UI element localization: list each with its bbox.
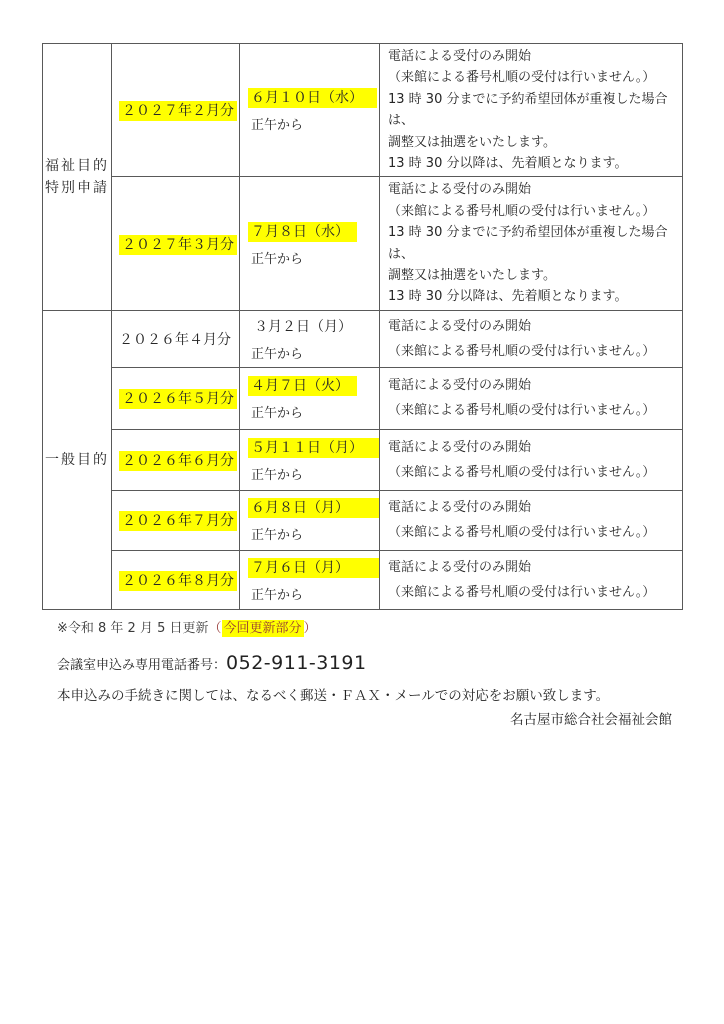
description-line: 13 時 30 分までに予約希望団体が重複した場合は、 [388, 89, 678, 132]
description-line: 調整又は抽選をいたします。 [388, 265, 678, 286]
description-cell: 電話による受付のみ開始 （来館による番号札順の受付は行いません。） [380, 429, 683, 490]
month-cell: ２０２６年６月分 [112, 429, 240, 490]
month-label: ２０２６年６月分 [119, 451, 237, 471]
table-row: ２０２６年６月分 ５月１１日（月） 正午から 電話による受付のみ開始 （来館によ… [43, 429, 683, 490]
month-label: ２０２７年３月分 [119, 235, 237, 255]
month-cell: ２０２７年２月分 [112, 44, 240, 177]
month-label: ２０２６年４月分 [119, 332, 231, 348]
date-cell: ６月８日（月） 正午から [240, 490, 380, 550]
time-label: 正午から [251, 464, 379, 483]
date-cell: ７月８日（水） 正午から [240, 177, 380, 310]
description-line: 13 時 30 分までに予約希望団体が重複した場合は、 [388, 222, 678, 265]
description-line: （来館による番号札順の受付は行いません。） [388, 460, 678, 485]
time-label: 正午から [251, 114, 379, 133]
description-line: 電話による受付のみ開始 [388, 46, 678, 67]
description-line: （来館による番号札順の受付は行いません。） [388, 520, 678, 545]
date-cell: ４月７日（火） 正午から [240, 367, 380, 429]
description-line: 電話による受付のみ開始 [388, 435, 678, 460]
description-cell: 電話による受付のみ開始 （来館による番号札順の受付は行いません。） [380, 367, 683, 429]
table-row: 一般目的 ２０２６年４月分 ３月２日（月） 正午から 電話による受付のみ開始 （… [43, 310, 683, 367]
reception-schedule-table: 福祉目的 特別申請 ２０２７年２月分 ６月１０日（水） 正午から 電話による受付… [42, 43, 683, 610]
table-row: ２０２６年８月分 ７月６日（月） 正午から 電話による受付のみ開始 （来館による… [43, 550, 683, 609]
month-cell: ２０２６年４月分 [112, 310, 240, 367]
update-paren-open: （ [209, 621, 222, 636]
description-cell: 電話による受付のみ開始 （来館による番号札順の受付は行いません。） [380, 550, 683, 609]
description-cell: 電話による受付のみ開始 （来館による番号札順の受付は行いません。） [380, 310, 683, 367]
time-label: 正午から [251, 524, 379, 543]
update-note-text: ※令和 8 年 2 月 5 日更新 [57, 621, 209, 636]
description-line: 電話による受付のみ開始 [388, 373, 678, 398]
description-line: （来館による番号札順の受付は行いません。） [388, 339, 678, 364]
month-label: ２０２６年５月分 [119, 389, 237, 409]
table-row: 福祉目的 特別申請 ２０２７年２月分 ６月１０日（水） 正午から 電話による受付… [43, 44, 683, 177]
description-line: 調整又は抽選をいたします。 [388, 132, 678, 153]
time-label: 正午から [251, 248, 379, 267]
table-row: ２０２６年５月分 ４月７日（火） 正午から 電話による受付のみ開始 （来館による… [43, 367, 683, 429]
request-note: 本申込みの手続きに関しては、なるべく郵送・ＦＡＸ・メールでの対応をお願い致します… [57, 684, 682, 704]
month-label: ２０２７年２月分 [119, 101, 237, 121]
phone-number: 052-911-3191 [226, 652, 367, 674]
table-row: ２０２６年７月分 ６月８日（月） 正午から 電話による受付のみ開始 （来館による… [43, 490, 683, 550]
description-line: （来館による番号札順の受付は行いません。） [388, 398, 678, 423]
category-label-line: 一般目的 [43, 449, 111, 471]
month-label: ２０２６年７月分 [119, 511, 237, 531]
description-line: （来館による番号札順の受付は行いません。） [388, 67, 678, 88]
category-general: 一般目的 [43, 310, 112, 609]
description-cell: 電話による受付のみ開始 （来館による番号札順の受付は行いません。） 13 時 3… [380, 177, 683, 310]
update-paren-close: ） [304, 621, 317, 636]
time-label: 正午から [251, 584, 379, 603]
document-content: 福祉目的 特別申請 ２０２７年２月分 ６月１０日（水） 正午から 電話による受付… [42, 43, 682, 728]
update-note: ※令和 8 年 2 月 5 日更新（今回更新部分） [57, 617, 682, 636]
month-cell: ２０２６年７月分 [112, 490, 240, 550]
description-cell: 電話による受付のみ開始 （来館による番号札順の受付は行いません。） 13 時 3… [380, 44, 683, 177]
time-label: 正午から [251, 402, 379, 421]
description-line: 13 時 30 分以降は、先着順となります。 [388, 286, 678, 307]
date-label: ３月２日（月） [254, 319, 352, 335]
description-line: 電話による受付のみ開始 [388, 495, 678, 520]
document-page: 福祉目的 特別申請 ２０２７年２月分 ６月１０日（水） 正午から 電話による受付… [0, 0, 724, 1024]
date-label: ６月１０日（水） [248, 88, 377, 108]
date-cell: ５月１１日（月） 正午から [240, 429, 380, 490]
description-line: （来館による番号札順の受付は行いません。） [388, 201, 678, 222]
month-label: ２０２６年８月分 [119, 571, 237, 591]
month-cell: ２０２６年８月分 [112, 550, 240, 609]
date-label: ７月６日（月） [248, 558, 379, 578]
month-cell: ２０２７年３月分 [112, 177, 240, 310]
date-label: ７月８日（水） [248, 222, 357, 242]
date-cell: ７月６日（月） 正午から [240, 550, 380, 609]
table-row: ２０２７年３月分 ７月８日（水） 正午から 電話による受付のみ開始 （来館による… [43, 177, 683, 310]
phone-line: 会議室申込み専用電話番号：052-911-3191 [57, 652, 682, 674]
date-label: ５月１１日（月） [248, 438, 380, 458]
phone-label: 会議室申込み専用電話番号： [57, 658, 226, 673]
description-cell: 電話による受付のみ開始 （来館による番号札順の受付は行いません。） [380, 490, 683, 550]
category-label-line: 福祉目的 [43, 155, 111, 177]
signature: 名古屋市総合社会福祉会館 [42, 708, 682, 728]
update-highlight-text: 今回更新部分 [222, 620, 304, 637]
description-line: 電話による受付のみ開始 [388, 555, 678, 580]
month-cell: ２０２６年５月分 [112, 367, 240, 429]
date-cell: ３月２日（月） 正午から [240, 310, 380, 367]
time-label: 正午から [251, 343, 379, 362]
category-welfare-special: 福祉目的 特別申請 [43, 44, 112, 311]
category-label-line: 特別申請 [43, 177, 111, 199]
date-label: ４月７日（火） [248, 376, 357, 396]
date-cell: ６月１０日（水） 正午から [240, 44, 380, 177]
date-label: ６月８日（月） [248, 498, 379, 518]
description-line: 電話による受付のみ開始 [388, 179, 678, 200]
description-line: 13 時 30 分以降は、先着順となります。 [388, 153, 678, 174]
description-line: 電話による受付のみ開始 [388, 314, 678, 339]
description-line: （来館による番号札順の受付は行いません。） [388, 580, 678, 605]
